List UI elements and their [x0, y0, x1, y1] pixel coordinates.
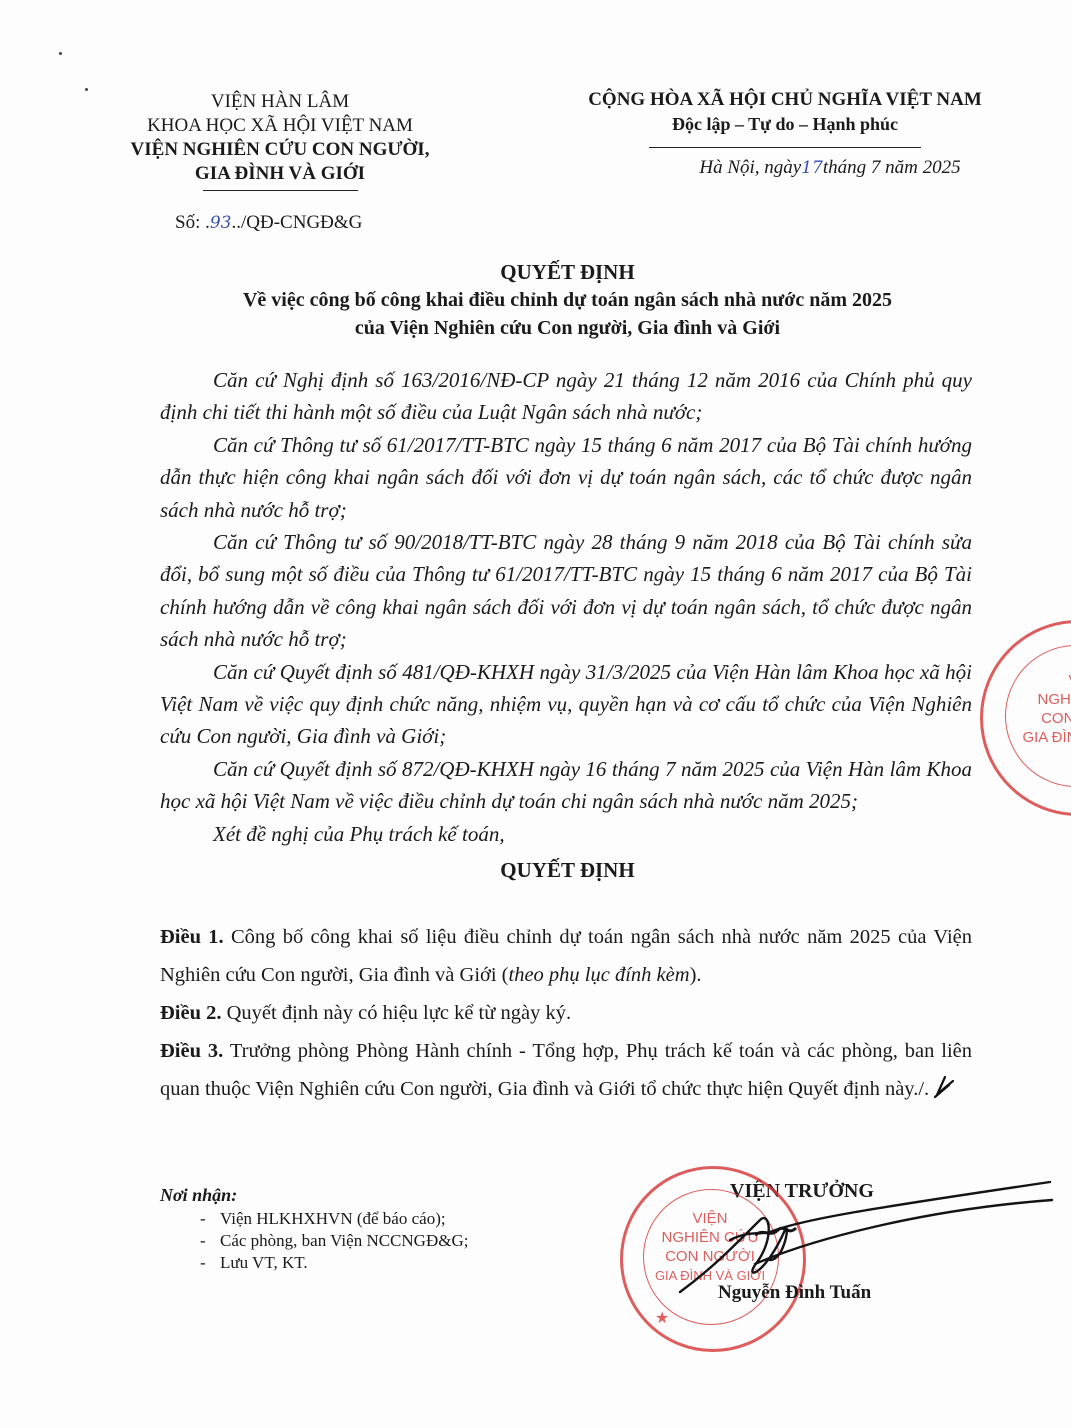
- legal-basis-item: Căn cứ Quyết định số 872/QĐ-KHXH ngày 16…: [160, 753, 972, 818]
- document-number: Số: .93../QĐ-CNGĐ&G: [175, 212, 362, 234]
- legal-basis-item: Căn cứ Nghị định số 163/2016/NĐ-CP ngày …: [160, 364, 972, 429]
- nation-name: CỘNG HÒA XÃ HỘI CHỦ NGHĨA VIỆT NAM: [520, 88, 1050, 112]
- legal-basis-item: Xét đề nghị của Phụ trách kế toán,: [160, 818, 972, 850]
- date-prefix: Hà Nội, ngày: [699, 157, 801, 178]
- legal-basis-item: Căn cứ Thông tư số 90/2018/TT-BTC ngày 2…: [160, 526, 972, 656]
- decision-heading: QUYẾT ĐỊNH: [100, 858, 1035, 883]
- recipient-text: Các phòng, ban Viện NCCNGĐ&G;: [220, 1231, 468, 1250]
- seal-line: VIỆN: [1011, 671, 1071, 690]
- document-number-suffix: ../QĐ-CNGĐ&G: [232, 212, 363, 233]
- article-2: Điều 2. Quyết định này có hiệu lực kể từ…: [160, 994, 972, 1032]
- document-number-handwritten: 93: [210, 213, 232, 233]
- scan-speck: [85, 88, 88, 91]
- article-label: Điều 2.: [160, 1002, 222, 1024]
- article-3: Điều 3. Trưởng phòng Phòng Hành chính - …: [160, 1032, 972, 1108]
- article-tail: ).: [690, 964, 702, 986]
- recipient-text: Viện HLKHXHVN (để báo cáo);: [220, 1209, 446, 1228]
- article-text: Quyết định này có hiệu lực kể từ ngày ký…: [222, 1002, 572, 1024]
- seal-line: CON NGƯỜI: [1011, 709, 1071, 728]
- scan-speck: [59, 52, 62, 55]
- document-subject-line-2: của Viện Nghiên cứu Con người, Gia đình …: [100, 314, 1035, 342]
- seal-line: GIA ĐÌNH VÀ GIỚI: [1011, 728, 1071, 747]
- national-header-block: CỘNG HÒA XÃ HỘI CHỦ NGHĨA VIỆT NAM Độc l…: [520, 88, 1050, 179]
- date-suffix: tháng 7 năm 2025: [823, 157, 961, 178]
- agency-line-2: KHOA HỌC XÃ HỘI VIỆT NAM: [100, 114, 460, 138]
- article-emphasis: theo phụ lục đính kèm: [509, 964, 690, 986]
- document-number-prefix: Số: .: [175, 212, 210, 233]
- legal-basis: Căn cứ Nghị định số 163/2016/NĐ-CP ngày …: [160, 364, 972, 850]
- recipients-heading: Nơi nhận:: [160, 1184, 468, 1206]
- seal-star-icon: ★: [655, 1309, 669, 1328]
- document-title: QUYẾT ĐỊNH: [100, 258, 1035, 286]
- agency-line-4: GIA ĐÌNH VÀ GIỚI: [100, 162, 460, 186]
- signatory-name: Nguyễn Đình Tuấn: [718, 1282, 871, 1304]
- recipient-item: -Các phòng, ban Viện NCCNGĐ&G;: [160, 1230, 468, 1252]
- document-title-block: QUYẾT ĐỊNH Về việc công bố công khai điề…: [100, 258, 1035, 342]
- seal-line: NGHIÊN CỨU: [1011, 690, 1071, 709]
- legal-basis-item: Căn cứ Quyết định số 481/QĐ-KHXH ngày 31…: [160, 656, 972, 753]
- official-seal-partial: VIỆN NGHIÊN CỨU CON NGƯỜI GIA ĐÌNH VÀ GI…: [980, 620, 1071, 816]
- national-motto: Độc lập – Tự do – Hạnh phúc: [520, 112, 1050, 136]
- articles: Điều 1. Công bố công khai số liệu điều c…: [160, 918, 972, 1108]
- article-text: Trưởng phòng Phòng Hành chính - Tổng hợp…: [160, 1040, 972, 1100]
- recipients-block: Nơi nhận: -Viện HLKHXHVN (để báo cáo); -…: [160, 1184, 468, 1274]
- article-1: Điều 1. Công bố công khai số liệu điều c…: [160, 918, 972, 994]
- document-subject-line-1: Về việc công bố công khai điều chỉnh dự …: [100, 286, 1035, 314]
- article-label: Điều 3.: [160, 1040, 223, 1062]
- recipient-item: -Viện HLKHXHVN (để báo cáo);: [160, 1208, 468, 1230]
- date-day-handwritten: 17: [801, 158, 823, 178]
- legal-basis-item: Căn cứ Thông tư số 61/2017/TT-BTC ngày 1…: [160, 429, 972, 526]
- recipient-text: Lưu VT, KT.: [220, 1253, 308, 1272]
- article-label: Điều 1.: [160, 926, 224, 948]
- agency-underline: [203, 190, 358, 191]
- agency-line-1: VIỆN HÀN LÂM: [100, 90, 460, 114]
- recipient-item: -Lưu VT, KT.: [160, 1252, 468, 1274]
- issuing-agency-block: VIỆN HÀN LÂM KHOA HỌC XÃ HỘI VIỆT NAM VI…: [100, 90, 460, 191]
- agency-line-3: VIỆN NGHIÊN CỨU CON NGƯỜI,: [100, 138, 460, 162]
- issue-date: Hà Nội, ngày17tháng 7 năm 2025: [520, 157, 1050, 179]
- initial-mark-icon: [931, 1073, 961, 1099]
- motto-underline: [649, 147, 921, 148]
